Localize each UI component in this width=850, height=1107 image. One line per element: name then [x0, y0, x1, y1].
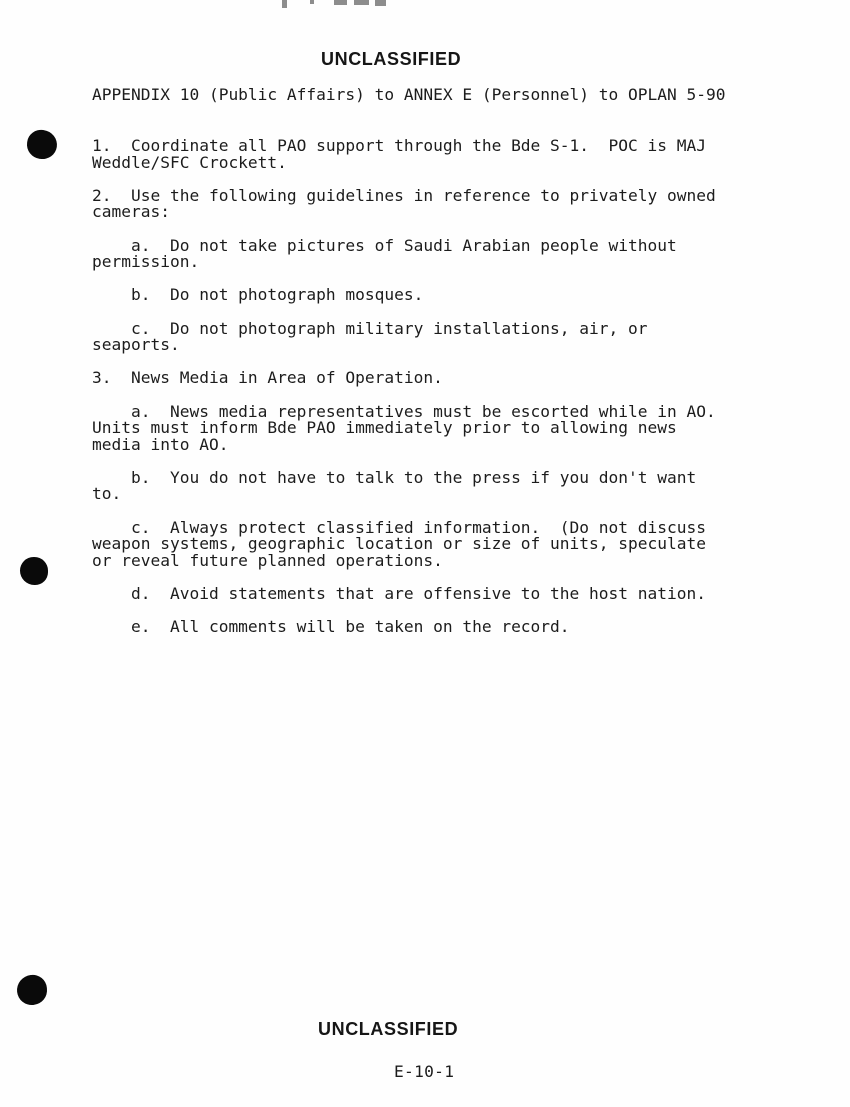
paragraph-2a: a. Do not take pictures of Saudi Arabian…	[92, 238, 792, 271]
page-number: E-10-1	[394, 1062, 454, 1081]
paragraph-3b: b. You do not have to talk to the press …	[92, 470, 792, 503]
paragraph-3a: a. News media representatives must be es…	[92, 404, 792, 454]
cutoff-text-fragment	[282, 0, 287, 8]
paragraph-1: 1. Coordinate all PAO support through th…	[92, 138, 792, 171]
paragraph-3: 3. News Media in Area of Operation.	[92, 370, 792, 387]
document-body: 1. Coordinate all PAO support through th…	[92, 138, 792, 652]
hole-punch-mark	[16, 974, 49, 1007]
paragraph-3c: c. Always protect classified information…	[92, 520, 792, 570]
cutoff-text-fragment	[354, 0, 369, 5]
classification-banner-top: UNCLASSIFIED	[321, 49, 461, 70]
appendix-title: APPENDIX 10 (Public Affairs) to ANNEX E …	[92, 87, 725, 104]
classification-banner-bottom: UNCLASSIFIED	[318, 1019, 458, 1040]
paragraph-3d: d. Avoid statements that are offensive t…	[92, 586, 792, 603]
paragraph-2: 2. Use the following guidelines in refer…	[92, 188, 792, 221]
document-page: UNCLASSIFIED APPENDIX 10 (Public Affairs…	[0, 0, 850, 1107]
hole-punch-mark	[20, 557, 48, 585]
hole-punch-mark	[25, 128, 59, 161]
paragraph-2b: b. Do not photograph mosques.	[92, 287, 792, 304]
cutoff-text-fragment	[310, 0, 314, 4]
page-edge-print-artifact	[278, 0, 408, 9]
cutoff-text-fragment	[375, 0, 386, 6]
cutoff-text-fragment	[334, 0, 347, 5]
paragraph-2c: c. Do not photograph military installati…	[92, 321, 792, 354]
paragraph-3e: e. All comments will be taken on the rec…	[92, 619, 792, 636]
